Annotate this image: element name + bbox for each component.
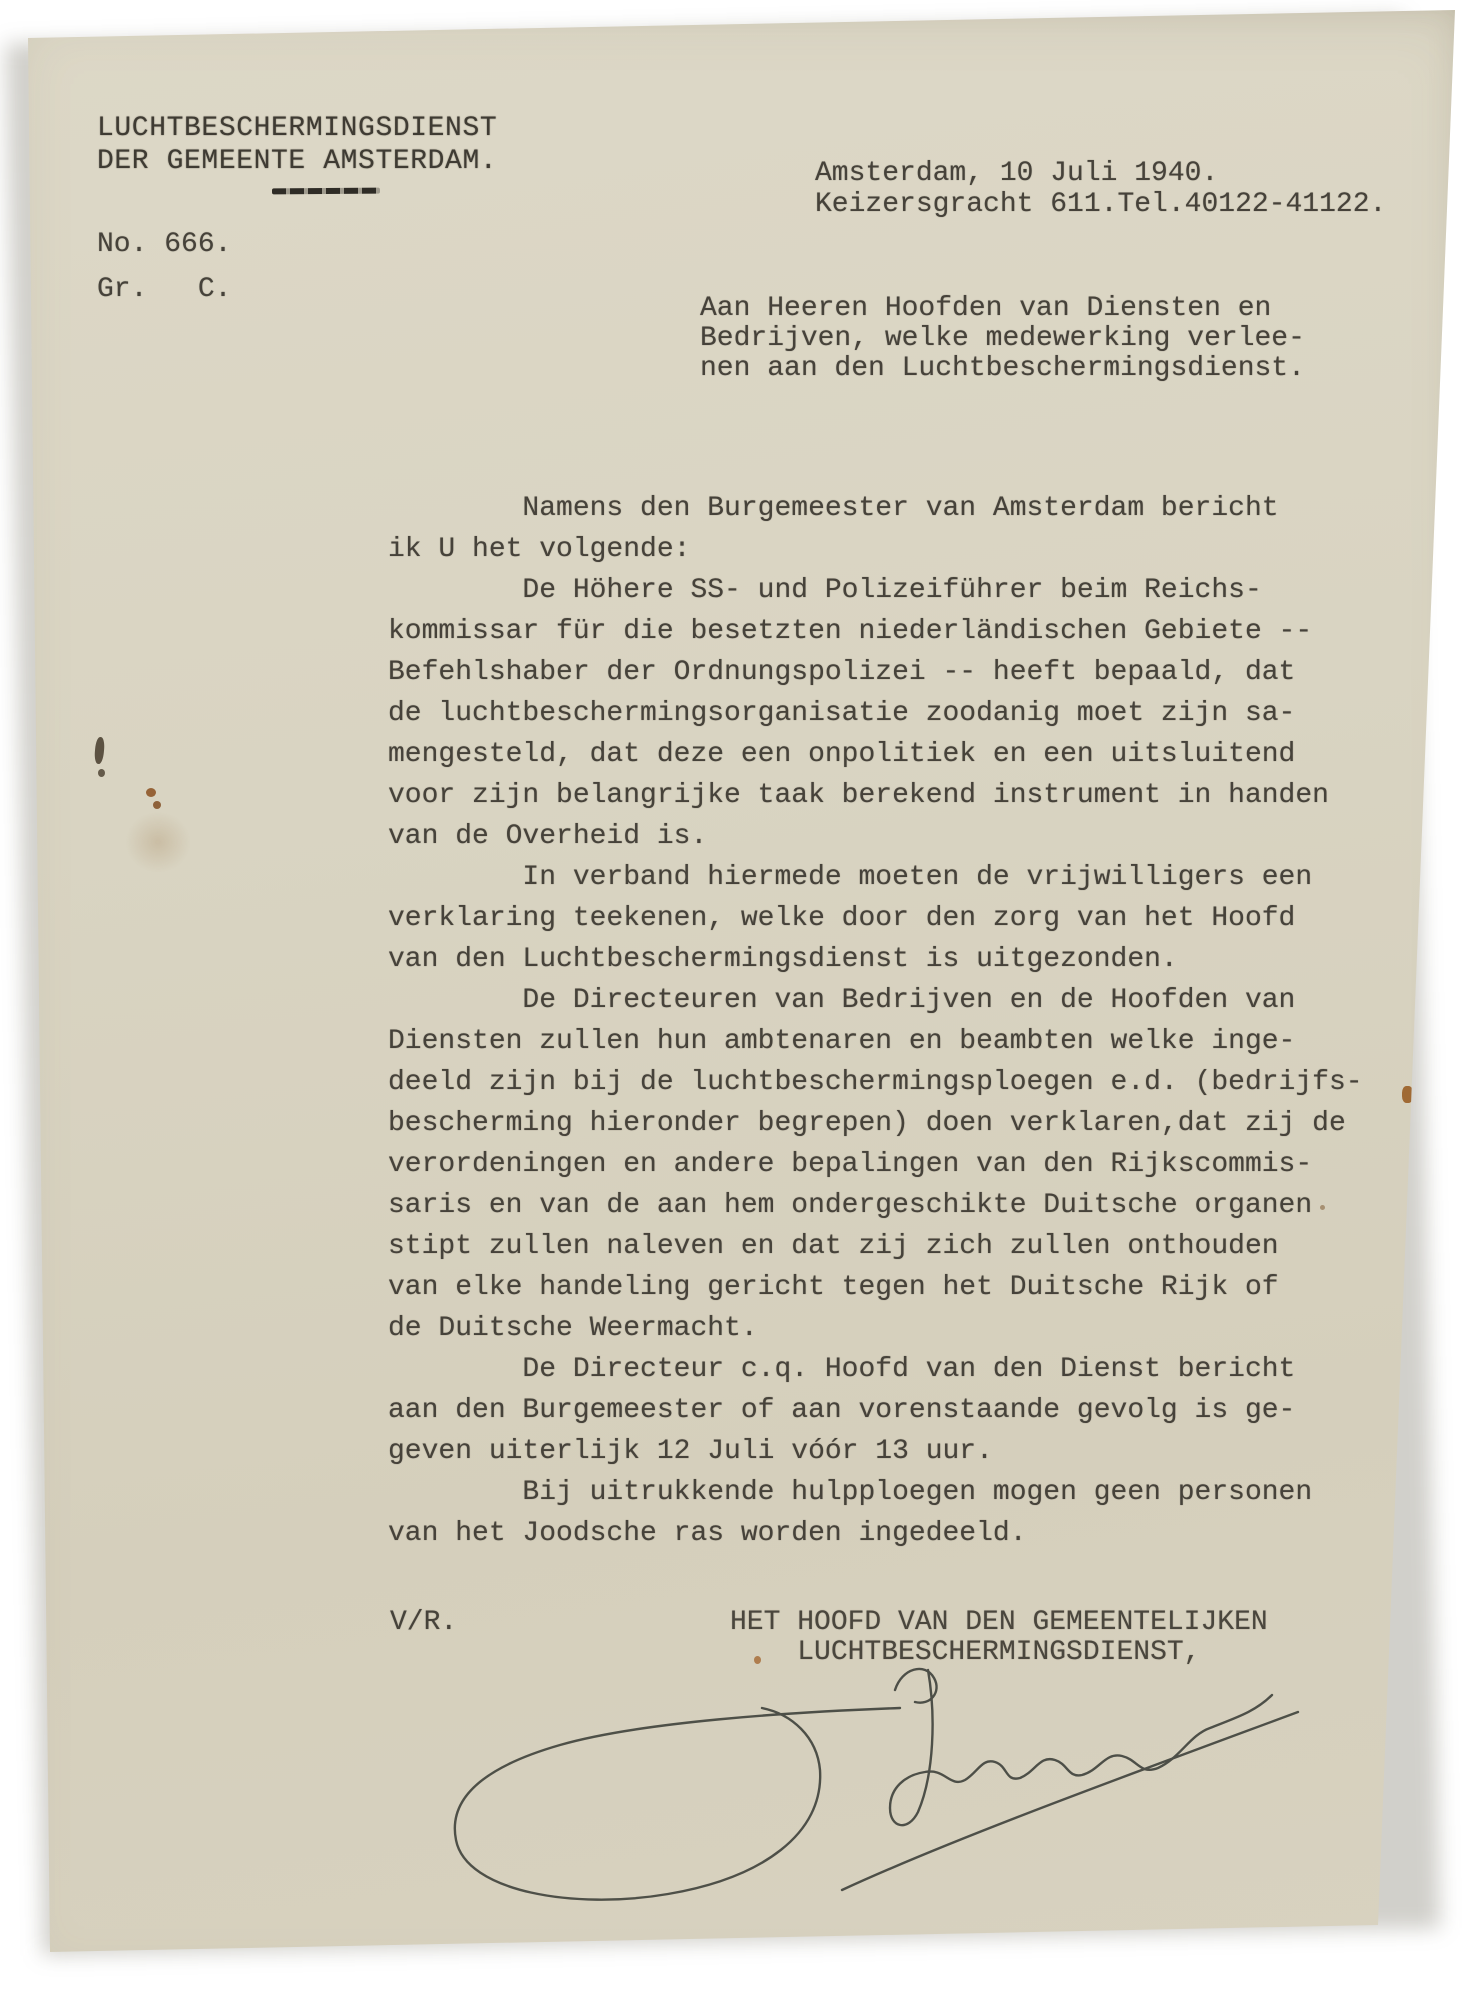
smudge-stain xyxy=(126,812,190,872)
rust-stain xyxy=(754,1656,761,1664)
speck-stain xyxy=(1320,1205,1325,1210)
ink-stain xyxy=(98,769,105,777)
photo-background: LUCHTBESCHERMINGSDIENST DER GEMEENTE AMS… xyxy=(0,0,1482,2000)
rust-stain xyxy=(146,788,156,797)
handwritten-signature-icon xyxy=(0,0,1482,2000)
rust-stain xyxy=(153,801,161,809)
document-paper: LUCHTBESCHERMINGSDIENST DER GEMEENTE AMS… xyxy=(0,0,1482,2000)
